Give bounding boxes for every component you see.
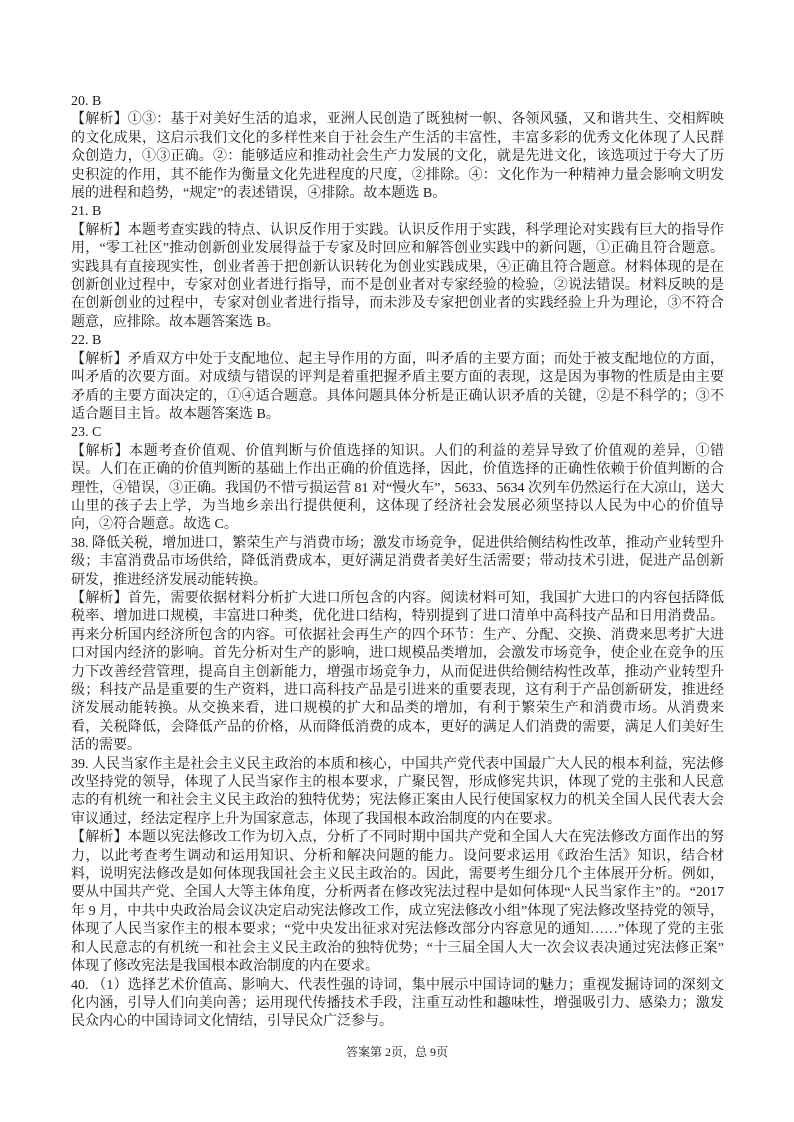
- answers-content: 20. B 【解析】①③：基于对美好生活的追求，亚洲人民创造了既独树一帜、各领风…: [71, 93, 724, 1032]
- analysis-paragraph-39: 【解析】本题以宪法修改工作为切入点，分析了不同时期中国共产党和全国人大在宪法修改…: [71, 829, 724, 976]
- answer-section-38: 38. 降低关税，增加进口，繁荣生产与消费市场；激发市场竞争，促进供给侧结构性改…: [71, 535, 724, 756]
- analysis-paragraph-20: 【解析】①③：基于对美好生活的追求，亚洲人民创造了既独树一帜、各领风骚，又和谐共…: [71, 111, 724, 203]
- answer-section-40: 40. （1）选择艺术价值高、影响大、代表性强的诗词，集中展示中国诗词的魅力；重…: [71, 977, 724, 1032]
- answer-paragraph-39: 39. 人民当家作主是社会主义民主政治的本质和核心，中国共产党代表中国最广大人民…: [71, 756, 724, 830]
- answer-paragraph-38: 38. 降低关税，增加进口，繁荣生产与消费市场；激发市场竞争，促进供给侧结构性改…: [71, 535, 724, 590]
- analysis-paragraph-21: 【解析】本题考查实践的特点、认识反作用于实践。认识反作用于实践，科学理论对实践有…: [71, 222, 724, 332]
- analysis-paragraph-38: 【解析】首先，需要依据材料分析扩大进口所包含的内容。阅读材料可知，我国扩大进口的…: [71, 590, 724, 756]
- answer-paragraph-40: 40. （1）选择艺术价值高、影响大、代表性强的诗词，集中展示中国诗词的魅力；重…: [71, 977, 724, 1032]
- answer-section-22: 22. B 【解析】矛盾双方中处于支配地位、起主导作用的方面，叫矛盾的主要方面；…: [71, 332, 724, 424]
- answer-label-22: 22. B: [71, 332, 724, 350]
- answer-section-21: 21. B 【解析】本题考查实践的特点、认识反作用于实践。认识反作用于实践，科学…: [71, 203, 724, 332]
- answer-label-23: 23. C: [71, 424, 724, 442]
- analysis-paragraph-23: 【解析】本题考查价值观、价值判断与价值选择的知识。人们的利益的差异导致了价值观的…: [71, 443, 724, 535]
- analysis-paragraph-22: 【解析】矛盾双方中处于支配地位、起主导作用的方面，叫矛盾的主要方面；而处于被支配…: [71, 351, 724, 425]
- answer-section-39: 39. 人民当家作主是社会主义民主政治的本质和核心，中国共产党代表中国最广大人民…: [71, 756, 724, 977]
- document-page: 20. B 【解析】①③：基于对美好生活的追求，亚洲人民创造了既独树一帜、各领风…: [0, 0, 794, 1122]
- answer-label-20: 20. B: [71, 93, 724, 111]
- answer-section-23: 23. C 【解析】本题考查价值观、价值判断与价值选择的知识。人们的利益的差异导…: [71, 424, 724, 534]
- answer-section-20: 20. B 【解析】①③：基于对美好生活的追求，亚洲人民创造了既独树一帜、各领风…: [71, 93, 724, 203]
- page-footer: 答案第 2页，总 9页: [0, 1044, 794, 1060]
- answer-label-21: 21. B: [71, 203, 724, 221]
